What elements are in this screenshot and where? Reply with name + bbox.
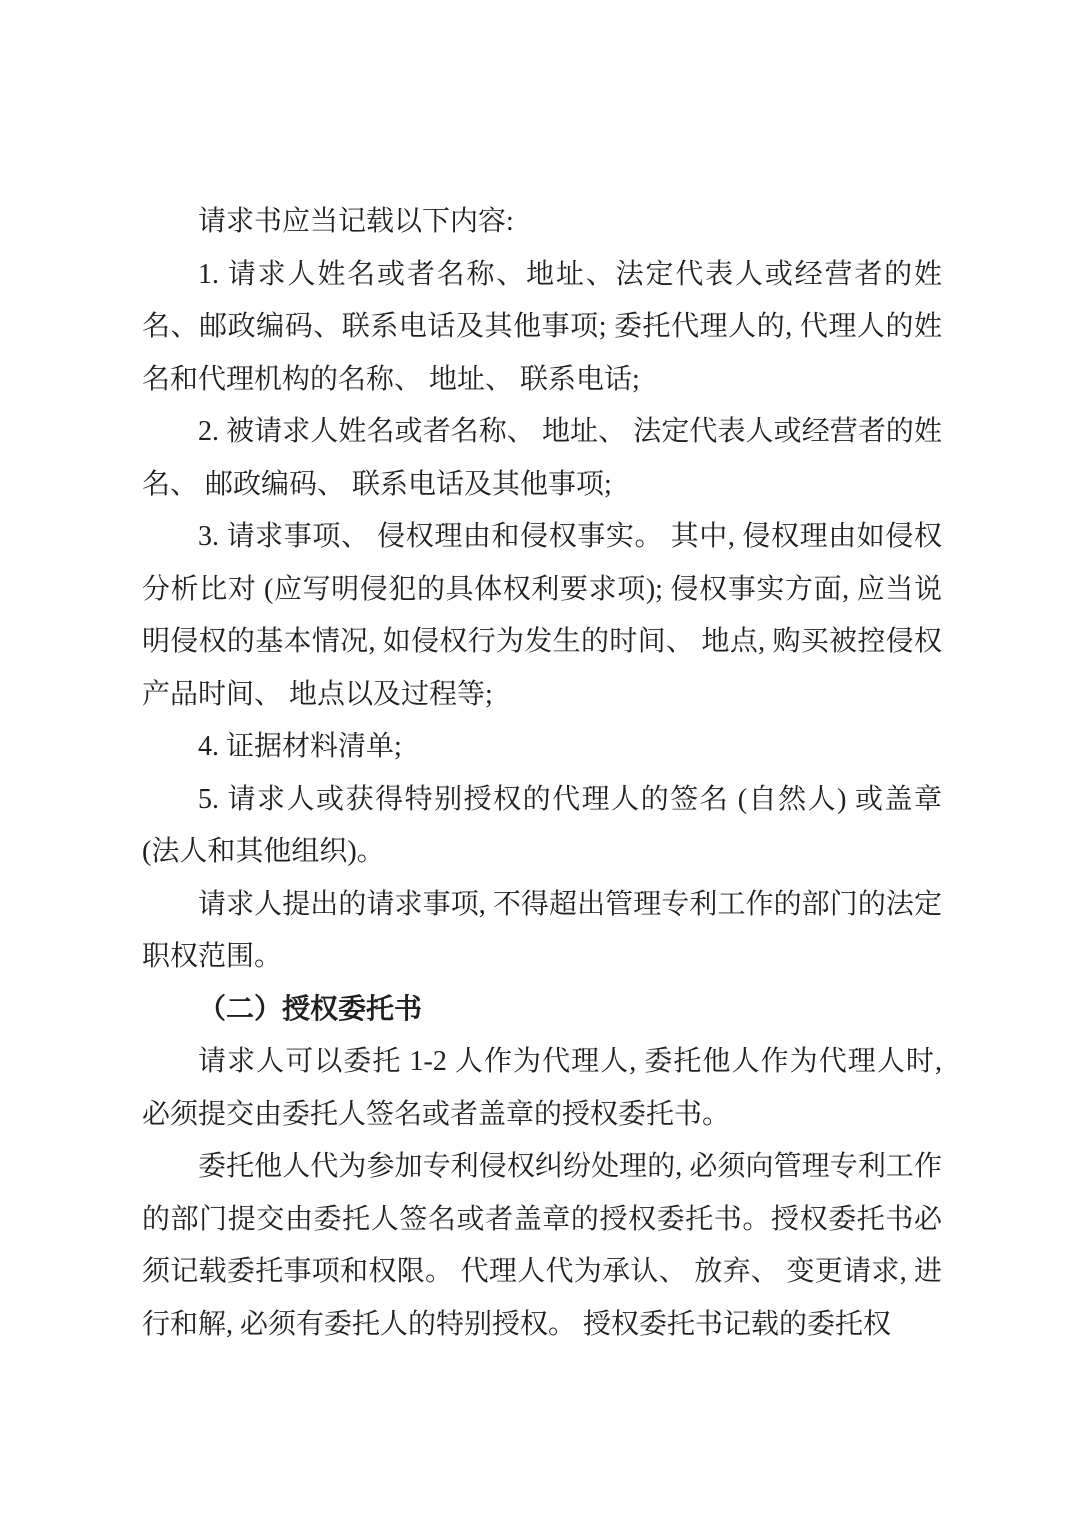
paragraph-item-3: 3. 请求事项、 侵权理由和侵权事实。 其中, 侵权理由如侵权分析比对 (应写明… xyxy=(142,511,942,721)
document-page: 请求书应当记载以下内容: 1. 请求人姓名或者名称、地址、法定代表人或经营者的姓… xyxy=(0,0,1074,1520)
paragraph-agent-authority: 委托他人代为参加专利侵权纠纷处理的, 必须向管理专利工作的部门提交由委托人签名或… xyxy=(142,1141,942,1351)
paragraph-item-4: 4. 证据材料清单; xyxy=(142,721,942,774)
paragraph-agent-appointment: 请求人可以委托 1-2 人作为代理人, 委托他人作为代理人时, 必须提交由委托人… xyxy=(142,1036,942,1141)
paragraph-item-5: 5. 请求人或获得特别授权的代理人的签名 (自然人) 或盖章 (法人和其他组织)… xyxy=(142,774,942,879)
paragraph-intro: 请求书应当记载以下内容: xyxy=(142,196,942,249)
paragraph-item-2: 2. 被请求人姓名或者名称、 地址、 法定代表人或经营者的姓名、 邮政编码、 联… xyxy=(142,406,942,511)
section-heading-power-of-attorney: （二）授权委托书 xyxy=(142,984,942,1037)
paragraph-item-1: 1. 请求人姓名或者名称、地址、法定代表人或经营者的姓名、邮政编码、联系电话及其… xyxy=(142,249,942,407)
paragraph-scope-note: 请求人提出的请求事项, 不得超出管理专利工作的部门的法定职权范围。 xyxy=(142,879,942,984)
